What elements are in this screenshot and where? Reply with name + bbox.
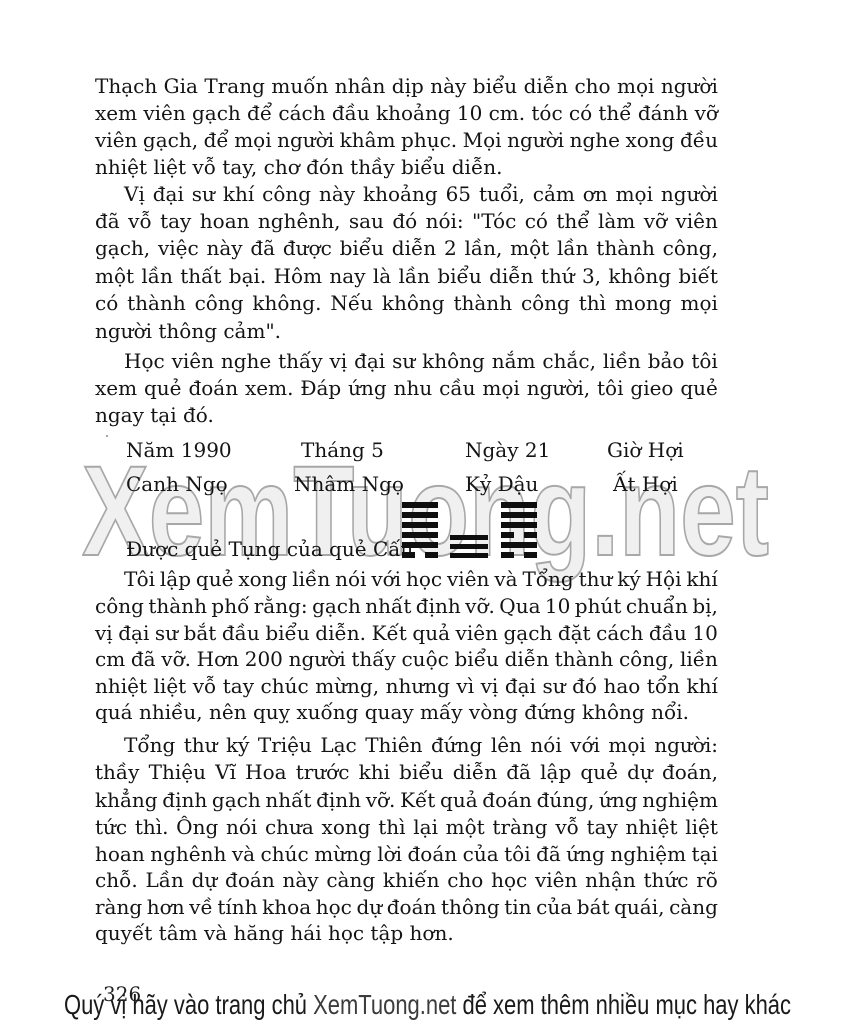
word: Vĩ: [215, 758, 236, 786]
footer-suffix: để xem thêm nhiều mục hay khác: [456, 989, 791, 1020]
word: đoán: [408, 840, 458, 868]
word: đầu: [332, 99, 370, 127]
word: tuổi,: [479, 180, 525, 208]
word: thành: [555, 645, 614, 673]
text-line: Vịđạisưkhícôngnàykhoảng65tuổi,cảmơnmọing…: [124, 180, 718, 208]
word: vị: [95, 619, 113, 647]
word: sư: [392, 347, 415, 375]
text-line: thầyThiệuVĩHoatrướckhibiểudiễnđãlậpquẻdự…: [95, 758, 718, 786]
word: và: [232, 840, 255, 868]
word: đó: [572, 672, 597, 700]
word: lần,: [464, 234, 502, 262]
word: 10: [457, 99, 482, 127]
yang-line: [402, 542, 438, 548]
text-line: rànghơnvềtínhkhoahọcdựđoánthôngtincủabát…: [95, 893, 718, 921]
word: khoa: [262, 893, 311, 921]
yin-line-segment: [524, 552, 537, 558]
yin-line-segment: [524, 532, 537, 538]
word: công: [521, 289, 570, 317]
word: mừng: [314, 840, 372, 868]
word: biểu: [265, 619, 309, 647]
word: biết: [678, 262, 718, 290]
word: mọi: [482, 374, 519, 402]
word: nắm: [492, 347, 536, 375]
word: quẻ: [196, 565, 234, 593]
word: Kết: [372, 619, 407, 647]
word: khí: [686, 565, 717, 593]
word: định: [316, 786, 361, 814]
word: mọi: [616, 180, 653, 208]
text-line: TổngthưkýTriệuLạcThiênđứnglênnóivớimọing…: [124, 731, 718, 759]
word: chuẩn: [626, 592, 688, 620]
yang-line: [501, 522, 537, 528]
word: dự: [192, 866, 218, 894]
trigram-icon: [450, 535, 488, 558]
footer-prefix: Quý vị hãy vào trang chủ: [64, 989, 313, 1020]
word: 2: [444, 234, 457, 262]
word: nhu: [394, 374, 433, 402]
word: của: [536, 893, 572, 921]
word: viên: [535, 866, 577, 894]
word: thể: [556, 207, 589, 235]
word: gạch,: [95, 234, 150, 262]
word: tay: [160, 207, 191, 235]
word: diễn.: [315, 619, 366, 647]
word: hao: [603, 672, 640, 700]
word: lần: [398, 262, 430, 290]
word: không: [422, 347, 485, 375]
word: công,: [619, 645, 674, 673]
footer-site-name: XemTuong.net: [313, 989, 456, 1020]
word: người: [661, 72, 718, 100]
word: muốn: [271, 72, 328, 100]
word: Tổng: [522, 565, 573, 593]
word: cách: [278, 99, 325, 127]
word: với: [570, 731, 600, 759]
word: liền: [292, 565, 330, 593]
word: đoán: [188, 374, 238, 402]
word: thì: [579, 289, 606, 317]
text-line: nhiệt liệt vỗ tay, chơ đón thầy biểu diễ…: [95, 153, 718, 181]
word: ràng: [95, 893, 142, 921]
word: liền: [680, 645, 718, 673]
word: người: [507, 126, 564, 154]
word: trước: [296, 758, 350, 786]
text-line: Họcviênnghethấyvịđạisưkhôngnắmchắc,liềnb…: [124, 347, 718, 375]
word: công: [95, 592, 144, 620]
word: học: [316, 893, 352, 921]
text-line: hoannghênhvàchúcmừnglờiđoáncủatôiđãứngng…: [95, 840, 718, 868]
word: thành: [596, 234, 655, 262]
word: tôi: [597, 374, 623, 402]
word: thấy: [351, 645, 395, 673]
word: người:: [654, 731, 718, 759]
word: nhiệt: [95, 672, 147, 700]
text-line: xemviêngạchđểcáchđầukhoảng10cm.tóccóthểđ…: [95, 99, 718, 127]
page-number: 326: [103, 984, 141, 1004]
word: nay: [329, 262, 365, 290]
word: chúc: [261, 840, 309, 868]
year-canchi-cell: Canh Ngọ: [126, 470, 228, 498]
word: vỡ: [695, 99, 718, 127]
word: lần: [557, 234, 589, 262]
word: để: [204, 126, 229, 154]
word: chúc: [261, 672, 309, 700]
word: Hơn: [197, 645, 239, 673]
word: tóc: [531, 99, 562, 127]
word: diễn: [453, 758, 497, 786]
word: nhân: [335, 72, 386, 100]
word: nhưng: [386, 672, 450, 700]
text-line: xemquẻđoánxem.Đápứngnhucầumọingười,tôigi…: [95, 374, 718, 402]
word: có: [569, 99, 592, 127]
word: biểu: [437, 262, 481, 290]
word: đều: [680, 126, 718, 154]
text-line: côngthànhphốrằng:gạchnhấtđịnhvỡ.Qua10phú…: [95, 592, 718, 620]
word: tôi: [504, 840, 530, 868]
word: diễn: [524, 72, 568, 100]
word: hoan: [200, 207, 250, 235]
word: đánh: [638, 99, 689, 127]
word: Học: [124, 347, 165, 375]
word: mọi: [608, 731, 645, 759]
word: này: [430, 72, 466, 100]
word: Lạc: [320, 731, 356, 759]
word: xong: [625, 126, 674, 154]
word: quả: [440, 786, 478, 814]
word: Tôi: [124, 565, 155, 593]
word: Lần: [145, 866, 183, 894]
word: dự: [627, 758, 653, 786]
word: liệt: [154, 672, 187, 700]
word: nhất: [265, 786, 311, 814]
yang-line: [450, 535, 488, 540]
word: đoán: [482, 786, 532, 814]
text-line: đãvỗtayhoannghênh,sauđónói:"Tóccóthểlàmv…: [95, 207, 718, 235]
yang-line: [402, 522, 438, 528]
word: 200: [245, 645, 283, 673]
hexagram-cau-icon: [402, 502, 438, 558]
word: đầu: [222, 619, 260, 647]
text-line: viêngạch,đểmọingườikhâmphục.Mọingườinghe…: [95, 126, 718, 154]
word: thành: [453, 289, 512, 317]
word: Vị: [124, 180, 145, 208]
word: khoảng: [376, 99, 451, 127]
word: Hoa: [245, 758, 286, 786]
word: với: [371, 565, 401, 593]
text-line: khẳngđịnhgạchnhấtđịnhvỡ.Kếtquảđoánđúng,ứ…: [95, 786, 718, 814]
word: khâm: [340, 126, 396, 154]
word: nói: [530, 731, 561, 759]
word: khoảng: [363, 180, 438, 208]
word: này: [282, 866, 318, 894]
hour-canchi-cell: Ất Hợi: [613, 470, 678, 498]
word: chưa: [265, 813, 314, 841]
word: viên: [95, 126, 137, 154]
yang-line: [501, 512, 537, 518]
word: bại.: [229, 262, 266, 290]
word: sư: [542, 672, 565, 700]
word: càng: [669, 893, 718, 921]
word: rằng:: [254, 592, 308, 620]
year-cell: Năm 1990: [126, 436, 232, 464]
word: vị: [481, 672, 499, 700]
word: cm: [95, 645, 125, 673]
word: thứ: [541, 262, 575, 290]
word: Mọi: [463, 126, 502, 154]
word: chỗ.: [95, 866, 138, 894]
word: gạch,: [143, 126, 198, 154]
word: học: [491, 866, 527, 894]
word: bát: [577, 893, 610, 921]
word: chắc,: [542, 347, 596, 375]
word: nói: [226, 813, 257, 841]
text-line: gạch,việcnàyđãđượcbiểudiễn2lần,mộtlầnthà…: [95, 234, 718, 262]
word: tin: [504, 893, 531, 921]
word: Kết: [400, 786, 435, 814]
word: và: [494, 565, 517, 593]
word: mọi: [680, 289, 717, 317]
word: ứng: [348, 374, 387, 402]
word: khí: [223, 180, 254, 208]
word: này: [206, 234, 242, 262]
word: đại: [505, 672, 536, 700]
word: thất: [180, 262, 221, 290]
word: một: [510, 234, 549, 262]
word: Hội: [646, 565, 682, 593]
word: ơn: [583, 180, 608, 208]
yang-line: [402, 512, 438, 518]
word: diễn: [489, 262, 533, 290]
yin-line-segment: [501, 532, 514, 538]
word: cảm: [533, 180, 575, 208]
yin-line: [402, 552, 438, 558]
month-cell: Tháng 5: [301, 436, 384, 464]
yang-line: [402, 502, 438, 508]
word: thông: [441, 893, 500, 921]
word: rõ: [696, 866, 718, 894]
word: viên: [675, 207, 717, 235]
word: nghe: [570, 126, 620, 154]
word: vỡ.: [161, 645, 191, 673]
text-line: quyết tâm và hăng hái học tập hơn.: [95, 919, 718, 947]
word: xem.: [245, 374, 293, 402]
word: cách: [596, 619, 643, 647]
word: xong: [238, 565, 287, 593]
word: vì: [456, 672, 474, 700]
word: Đáp: [300, 374, 341, 402]
word: mừng,: [315, 672, 379, 700]
yin-line: [501, 532, 537, 538]
word: tại: [692, 840, 718, 868]
word: Triệu: [258, 731, 312, 759]
word: không: [382, 289, 445, 317]
yin-line: [501, 552, 537, 558]
yang-line: [402, 532, 438, 538]
word: Thiệu: [149, 758, 206, 786]
word: lần: [141, 262, 173, 290]
word: "Tóc: [472, 207, 516, 235]
word: quẻ: [144, 374, 182, 402]
word: thì: [378, 813, 405, 841]
word: tính: [217, 893, 257, 921]
word: vị: [330, 347, 348, 375]
word: đã: [131, 645, 156, 673]
word: khi: [359, 758, 390, 786]
word: lập: [160, 565, 191, 593]
word: dịp: [392, 72, 424, 100]
word: đúng,: [537, 786, 595, 814]
word: hoan: [95, 840, 145, 868]
scan-speck: [106, 435, 108, 437]
word: nghe: [221, 347, 271, 375]
word: thành: [127, 289, 186, 317]
word: của: [463, 840, 499, 868]
word: gạch: [192, 99, 241, 127]
word: định: [162, 786, 207, 814]
day-canchi-cell: Kỷ Dậu: [465, 470, 538, 498]
word: đã: [250, 234, 275, 262]
word: Nếu: [330, 289, 373, 317]
word: 10: [545, 592, 570, 620]
word: một: [95, 262, 134, 290]
yang-line: [501, 502, 537, 508]
word: vỡ: [644, 207, 667, 235]
word: biểu: [455, 645, 499, 673]
day-cell: Ngày 21: [465, 436, 550, 464]
yin-line-segment: [402, 552, 415, 558]
word: sau: [349, 207, 384, 235]
word: khẳng: [95, 786, 158, 814]
word: nói: [335, 565, 366, 593]
word: vỗ: [193, 672, 217, 700]
word: nhận: [585, 866, 636, 894]
word: người: [289, 645, 346, 673]
word: ứng: [599, 786, 638, 814]
word: xem: [95, 374, 137, 402]
yang-line: [450, 544, 488, 549]
word: nhiệt: [626, 813, 678, 841]
word: nghênh,: [258, 207, 341, 235]
word: gạch: [212, 786, 261, 814]
word: ký: [226, 731, 249, 759]
word: lại: [413, 813, 438, 841]
word: đã: [95, 207, 120, 235]
word: cho: [574, 72, 610, 100]
word: làm: [598, 207, 635, 235]
word: sư: [155, 619, 178, 647]
text-line: cmđãvỡ.Hơn200ngườithấycuộcbiểudiễnthànhc…: [95, 645, 718, 673]
word: không: [608, 262, 671, 290]
word: này: [319, 180, 355, 208]
word: hơn: [147, 893, 185, 921]
word: mọi: [234, 126, 271, 154]
word: vỗ: [555, 813, 579, 841]
word: thành: [148, 592, 207, 620]
word: viên: [172, 347, 214, 375]
word: liền: [603, 347, 641, 375]
word: thể: [598, 99, 631, 127]
word: đã: [536, 840, 561, 868]
text-line: chỗ.Lầndựđoánnàycàngkhiếnchohọcviênnhậnt…: [95, 866, 718, 894]
text-line: tứcthì.Ôngnóichưaxongthìlạimộttràngvỗtay…: [95, 813, 718, 841]
word: công: [195, 289, 244, 317]
word: thầy: [95, 758, 139, 786]
word: đại: [153, 180, 184, 208]
word: dự: [356, 893, 382, 921]
hexagram-tung-icon: [501, 502, 537, 558]
word: đã: [506, 758, 531, 786]
word: tổn: [647, 672, 680, 700]
book-page: XemTuong.net ThạchGiaTrangmuốnnhândịpnày…: [0, 0, 850, 1033]
yin-line-segment: [425, 552, 438, 558]
yang-line: [501, 542, 537, 548]
word: mọi: [617, 72, 654, 100]
word: về: [189, 893, 213, 921]
word: càng: [326, 866, 375, 894]
word: ký: [617, 565, 640, 593]
word: được: [283, 234, 332, 262]
word: một: [446, 813, 485, 841]
word: xong: [322, 813, 371, 841]
word: nghênh: [150, 840, 226, 868]
word: bắt: [184, 619, 217, 647]
word: cuộc: [401, 645, 448, 673]
word: quẻ: [580, 758, 618, 786]
hexagram-caption: Được quẻ Tụng của quẻ Cấu: [126, 535, 413, 563]
word: quả: [412, 619, 450, 647]
word: lên: [491, 731, 522, 759]
word: cầu: [439, 374, 475, 402]
word: diễn: [505, 645, 549, 673]
word: vỗ: [128, 207, 152, 235]
word: cho: [447, 866, 483, 894]
word: tay: [587, 813, 618, 841]
word: khiến: [383, 866, 440, 894]
text-line: mộtlầnthấtbại.Hômnaylàlầnbiểudiễnthứ3,kh…: [95, 262, 718, 290]
word: ứng: [566, 840, 605, 868]
word: sư: [192, 180, 215, 208]
text-line: TôilậpquẻxongliềnnóivớihọcviênvàTổngthưk…: [124, 565, 718, 593]
word: biểu: [473, 72, 517, 100]
word: gieo: [630, 374, 673, 402]
word: bảo: [648, 347, 685, 375]
word: người: [277, 126, 334, 154]
word: gạch: [503, 619, 552, 647]
word: viên: [447, 565, 489, 593]
word: là: [373, 262, 391, 290]
word: lập: [540, 758, 571, 786]
word: Trang: [204, 72, 265, 100]
word: đầu: [649, 619, 687, 647]
word: Qua: [499, 592, 540, 620]
word: bị,: [692, 592, 718, 620]
word: phục.: [401, 126, 457, 154]
word: phố: [211, 592, 249, 620]
word: Thiên: [365, 731, 422, 759]
word: vỡ.: [465, 592, 495, 620]
word: thư: [184, 731, 218, 759]
word: biểu: [340, 234, 384, 262]
word: quái,: [614, 893, 664, 921]
word: diễn: [392, 234, 436, 262]
word: quẻ: [680, 374, 718, 402]
footer-banner: Quý vị hãy vào trang chủ XemTuong.net để…: [64, 991, 850, 1019]
word: liệt: [685, 813, 718, 841]
footer-banner-text: Quý vị hãy vào trang chủ XemTuong.net để…: [64, 991, 791, 1019]
word: có: [525, 207, 548, 235]
text-line: ngay tại đó.: [95, 401, 718, 429]
